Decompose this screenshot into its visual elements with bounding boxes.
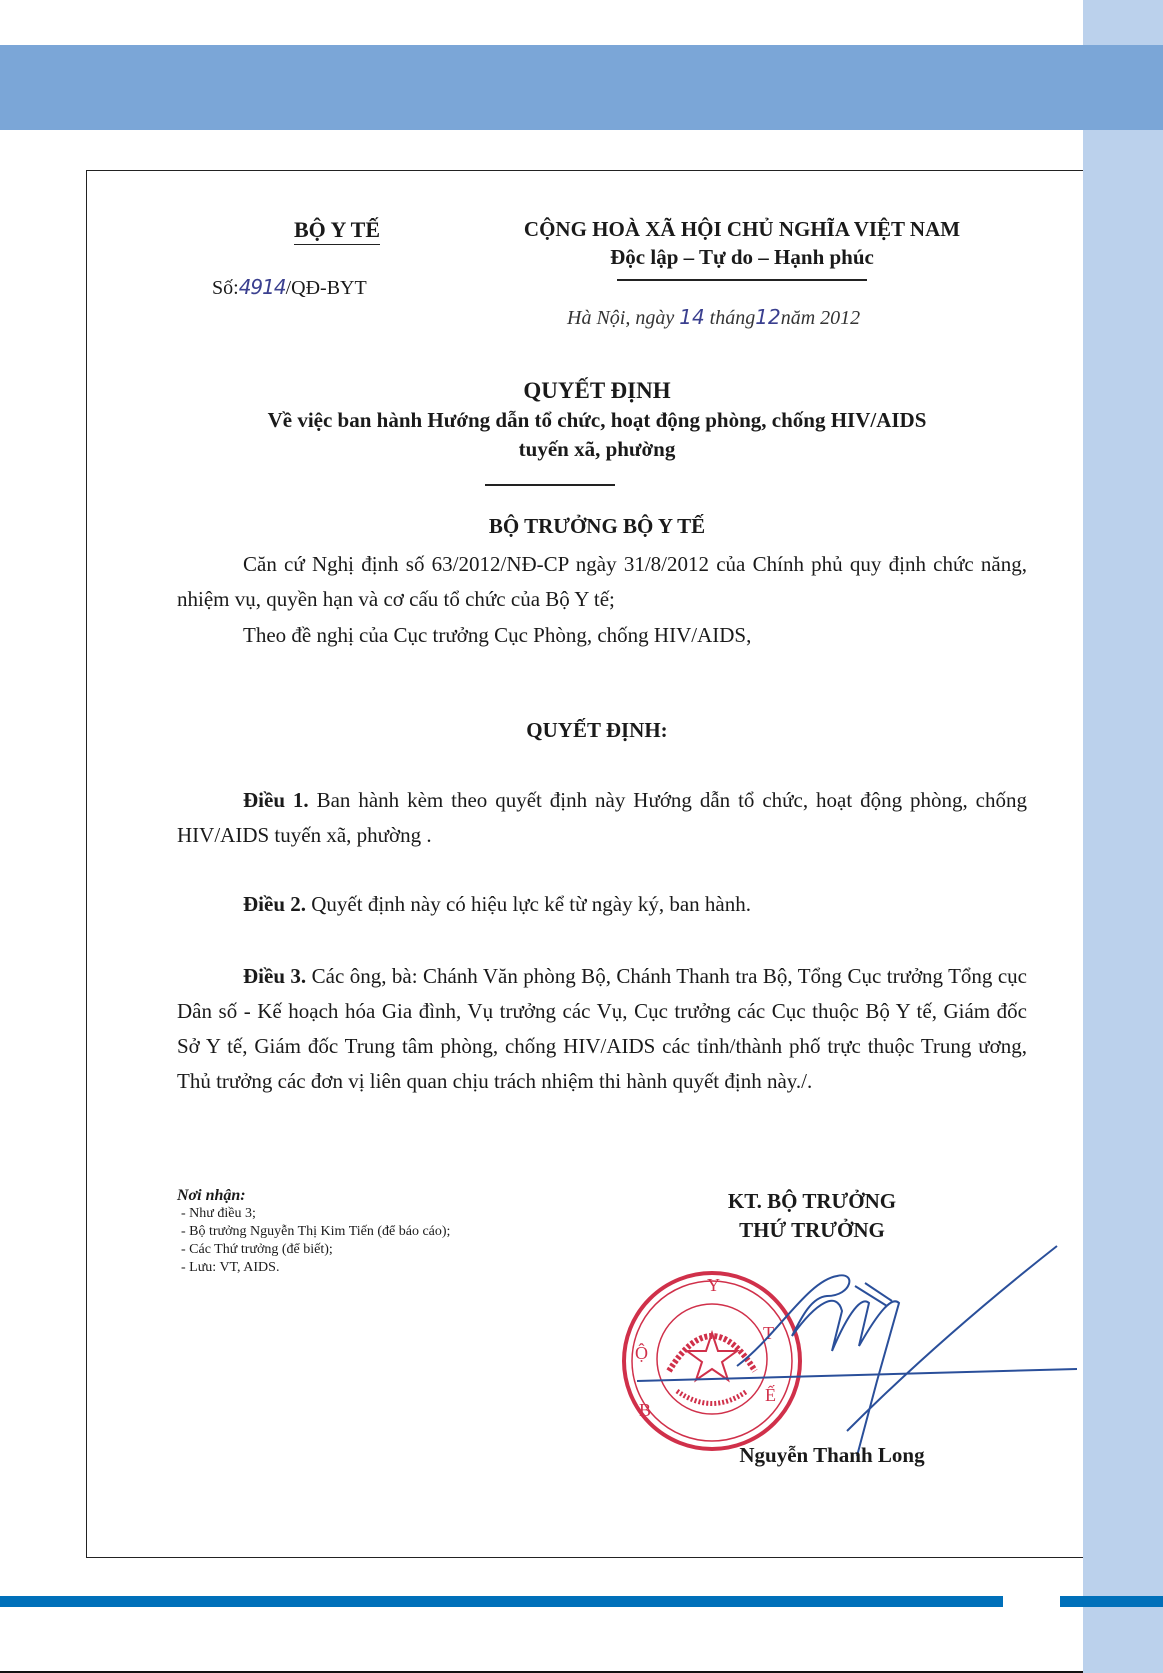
article-label: Điều 1. bbox=[243, 788, 309, 812]
preamble-paragraph: Căn cứ Nghị định số 63/2012/NĐ-CP ngày 3… bbox=[177, 547, 1027, 617]
title-divider bbox=[485, 484, 615, 486]
svg-text:Ộ: Ộ bbox=[635, 1342, 648, 1363]
issuing-agency: BỘ Y TẾ bbox=[237, 217, 437, 243]
recipient-item: - Bộ trưởng Nguyễn Thị Kim Tiến (để báo … bbox=[177, 1223, 597, 1241]
svg-text:B: B bbox=[639, 1400, 651, 1420]
article-3: Điều 3. Các ông, bà: Chánh Văn phòng Bộ,… bbox=[177, 959, 1027, 1099]
bottom-decorative-bar bbox=[1060, 1596, 1163, 1607]
bottom-decorative-bar bbox=[0, 1596, 1003, 1607]
svg-text:Y: Y bbox=[707, 1275, 720, 1295]
article-2: Điều 2. Quyết định này có hiệu lực kể từ… bbox=[177, 887, 1027, 922]
handwritten-number: 4914 bbox=[239, 275, 286, 299]
document-subtitle-line1: Về việc ban hành Hướng dẫn tổ chức, hoạt… bbox=[147, 408, 1047, 433]
recipients-block: Nơi nhận: - Như điều 3; - Bộ trưởng Nguy… bbox=[177, 1187, 597, 1277]
article-1: Điều 1. Ban hành kèm theo quyết định này… bbox=[177, 783, 1027, 853]
signer-title: KT. BỘ TRƯỞNG THỨ TRƯỞNG bbox=[677, 1187, 947, 1245]
recipient-item: - Như điều 3; bbox=[177, 1205, 597, 1223]
document-subtitle-line2: tuyến xã, phường bbox=[147, 437, 1047, 462]
motto-divider bbox=[617, 279, 867, 281]
top-header-band bbox=[0, 45, 1163, 130]
recipient-item: - Các Thứ trưởng (để biết); bbox=[177, 1241, 597, 1259]
recipient-item: - Lưu: VT, AIDS. bbox=[177, 1259, 597, 1277]
right-decorative-strip bbox=[1083, 0, 1163, 1673]
authority-heading: BỘ TRƯỞNG BỘ Y TẾ bbox=[147, 514, 1047, 539]
seal-and-signature: Y T Ế Ộ B bbox=[587, 1241, 1077, 1461]
document-frame: BỘ Y TẾ Số:4914/QĐ-BYT CỘNG HOÀ XÃ HỘI C… bbox=[86, 170, 1083, 1558]
handwritten-day: 14 bbox=[679, 305, 704, 329]
recipients-heading: Nơi nhận: bbox=[177, 1187, 597, 1205]
date-line: Hà Nội, ngày 14 tháng12năm 2012 bbox=[567, 305, 1007, 330]
article-label: Điều 2. bbox=[243, 892, 306, 916]
national-motto: Độc lập – Tự do – Hạnh phúc bbox=[482, 245, 1002, 270]
article-label: Điều 3. bbox=[243, 964, 306, 988]
svg-text:Ế: Ế bbox=[765, 1384, 776, 1405]
document-number: Số:4914/QĐ-BYT bbox=[212, 275, 367, 300]
handwritten-month: 12 bbox=[755, 305, 780, 329]
document-title: QUYẾT ĐỊNH bbox=[147, 378, 1047, 404]
preamble-paragraph: Theo đề nghị của Cục trưởng Cục Phòng, c… bbox=[177, 618, 1027, 653]
national-title: CỘNG HOÀ XÃ HỘI CHỦ NGHĨA VIỆT NAM bbox=[482, 217, 1002, 242]
decision-heading: QUYẾT ĐỊNH: bbox=[147, 718, 1047, 743]
official-seal-icon: Y T Ế Ộ B bbox=[624, 1273, 800, 1449]
signer-name: Nguyễn Thanh Long bbox=[702, 1443, 962, 1468]
